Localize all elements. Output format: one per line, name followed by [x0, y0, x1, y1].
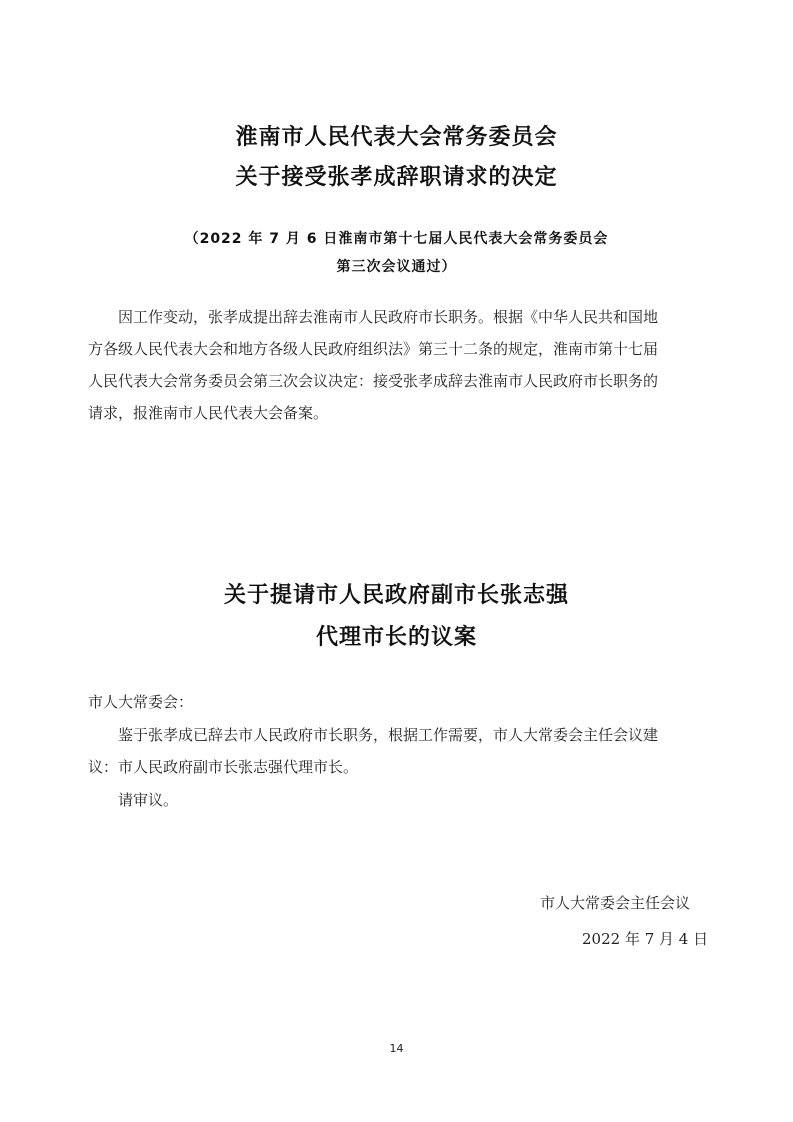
motion-title-line2: 代理市长的议案 — [0, 620, 793, 651]
decision-subtitle-line2: 第三次会议通过） — [0, 256, 793, 276]
document-page: 淮南市人民代表大会常务委员会 关于接受张孝成辞职请求的决定 （2022 年 7 … — [0, 0, 793, 1122]
motion-body-line: 议：市人民政府副市长张志强代理市长。 — [88, 756, 358, 777]
page-number: 14 — [0, 1042, 793, 1055]
decision-title-line2: 关于接受张孝成辞职请求的决定 — [0, 160, 793, 191]
motion-title-line1: 关于提请市人民政府副市长张志强 — [0, 578, 793, 609]
decision-body-line: 因工作变动，张孝成提出辞去淮南市人民政府市长职务。根据《中华人民共和国地 — [118, 306, 658, 327]
motion-salutation: 市人大常委会： — [88, 691, 193, 712]
decision-body-line: 请求，报淮南市人民代表大会备案。 — [88, 402, 328, 423]
decision-body-line: 人民代表大会常务委员会第三次会议决定：接受张孝成辞去淮南市人民政府市长职务的 — [88, 370, 658, 391]
decision-title-line1: 淮南市人民代表大会常务委员会 — [0, 120, 793, 151]
motion-body-line: 鉴于张孝成已辞去市人民政府市长职务，根据工作需要，市人大常委会主任会议建 — [118, 724, 658, 745]
motion-closing: 请审议。 — [118, 789, 178, 810]
decision-body-line: 方各级人民代表大会和地方各级人民政府组织法》第三十二条的规定，淮南市第十七届 — [88, 338, 658, 359]
motion-signature: 市人大常委会主任会议 — [540, 892, 690, 913]
decision-subtitle-line1: （2022 年 7 月 6 日淮南市第十七届人民代表大会常务委员会 — [0, 228, 793, 248]
motion-date: 2022 年 7 月 4 日 — [582, 928, 708, 949]
